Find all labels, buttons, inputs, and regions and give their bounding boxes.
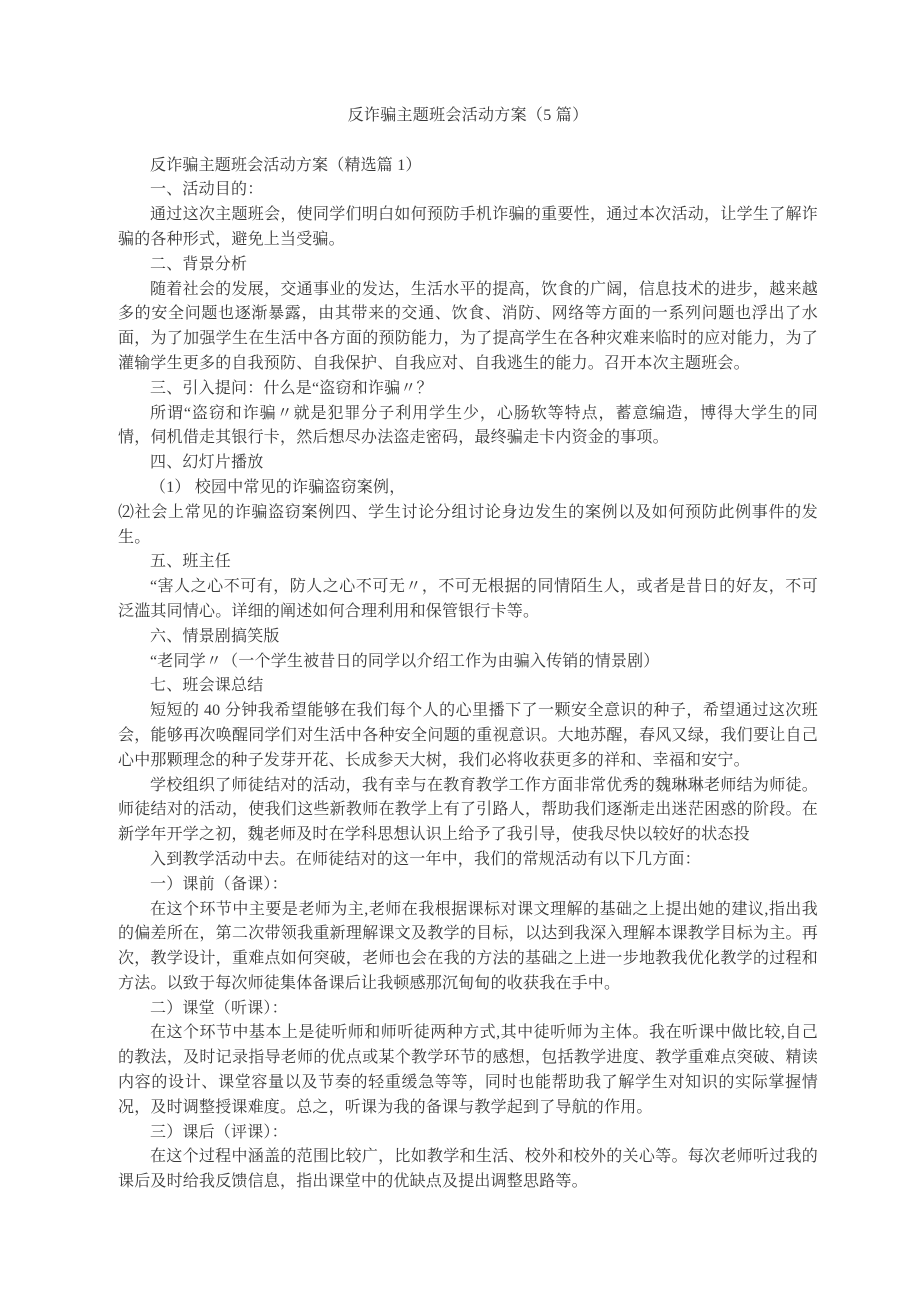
paragraph: 在这个过程中涵盖的范围比较广，比如教学和生活、校外和校外的关心等。每次老师听过我… bbox=[118, 1145, 818, 1195]
paragraph: 短短的 40 分钟我希望能够在我们每个人的心里播下了一颗安全意识的种子，希望通过… bbox=[118, 699, 818, 773]
paragraph: 七、班会课总结 bbox=[118, 674, 818, 699]
paragraph: 五、班主任 bbox=[118, 550, 818, 575]
paragraph: 随着社会的发展，交通事业的发达，生活水平的提高，饮食的广阔，信息技术的进步，越来… bbox=[118, 278, 818, 377]
paragraph: 四、幻灯片播放 bbox=[118, 451, 818, 476]
paragraph: 二）课堂（听课）： bbox=[118, 997, 818, 1022]
paragraph: 一）课前（备课）： bbox=[118, 873, 818, 898]
paragraph: 一、活动目的： bbox=[118, 178, 818, 203]
paragraph: （1） 校园中常见的诈骗盗窃案例， bbox=[118, 476, 818, 501]
document-body: 反诈骗主题班会活动方案（精选篇 1）一、活动目的：通过这次主题班会，使同学们明白… bbox=[118, 154, 818, 1195]
paragraph: 反诈骗主题班会活动方案（精选篇 1） bbox=[118, 154, 818, 179]
paragraph: 通过这次主题班会，使同学们明白如何预防手机诈骗的重要性，通过本次活动，让学生了解… bbox=[118, 203, 818, 253]
paragraph: 三）课后（评课）： bbox=[118, 1121, 818, 1146]
document-page: 反诈骗主题班会活动方案（5 篇） 反诈骗主题班会活动方案（精选篇 1）一、活动目… bbox=[118, 104, 818, 1195]
paragraph: “老同学〃（一个学生被昔日的同学以介绍工作为由骗入传销的情景剧） bbox=[118, 650, 818, 675]
paragraph: “害人之心不可有，防人之心不可无〃，不可无根据的同情陌生人，或者是昔日的好友，不… bbox=[118, 575, 818, 625]
paragraph: 在这个环节中基本上是徒听师和师听徒两种方式,其中徒听师为主体。我在听课中做比较,… bbox=[118, 1021, 818, 1120]
document-title: 反诈骗主题班会活动方案（5 篇） bbox=[118, 104, 818, 129]
paragraph: 在这个环节中主要是老师为主,老师在我根据课标对课文理解的基础之上提出她的建议,指… bbox=[118, 898, 818, 997]
paragraph: 六、情景剧搞笑版 bbox=[118, 625, 818, 650]
paragraph: 二、背景分析 bbox=[118, 253, 818, 278]
paragraph: 三、引入提问：什么是“盗窃和诈骗〃？ bbox=[118, 377, 818, 402]
paragraph: 入到教学活动中去。在师徒结对的这一年中，我们的常规活动有以下几方面： bbox=[118, 848, 818, 873]
paragraph: 所谓“盗窃和诈骗〃就是犯罪分子利用学生少，心肠软等特点，蓄意编造，博得大学生的同… bbox=[118, 402, 818, 452]
paragraph: ⑵社会上常见的诈骗盗窃案例四、学生讨论分组讨论身边发生的案例以及如何预防此例事件… bbox=[118, 501, 818, 551]
title-body-gap bbox=[118, 129, 818, 154]
paragraph: 学校组织了师徒结对的活动，我有幸与在教育教学工作方面非常优秀的魏琳琳老师结为师徒… bbox=[118, 774, 818, 848]
